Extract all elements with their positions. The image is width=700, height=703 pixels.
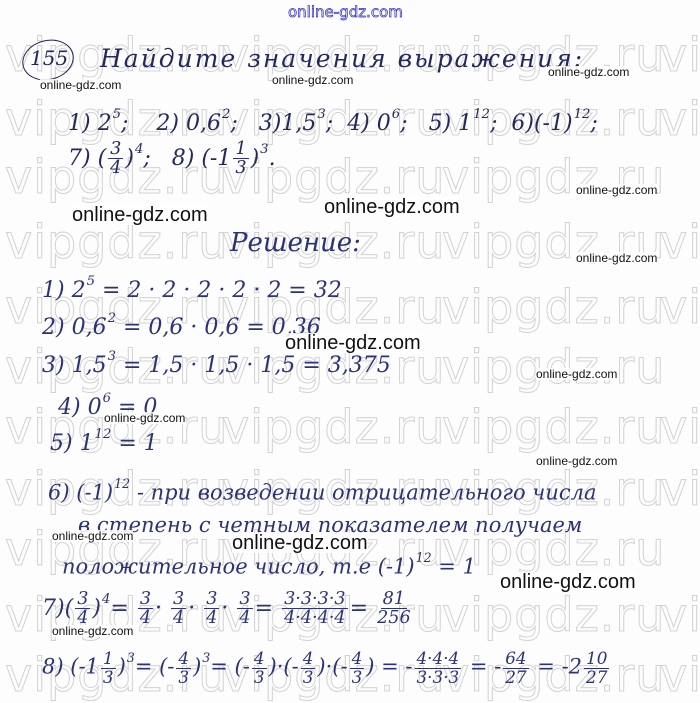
online-gdz-watermark: online-gdz.com: [104, 412, 185, 424]
tasks-row-1: 1) 25; 2) 0,62; 3)1,53; 4) 06; 5) 112; 6…: [68, 108, 598, 135]
solution-line-6: 6) (-1)12 - при возведении отрицательног…: [48, 478, 597, 503]
vipgdz-watermark: vipgdz.ru: [660, 280, 700, 334]
task-6: 6)(-1)12;: [511, 111, 597, 136]
solution-line-7: 7)(34)4= 34· 34· 34· 34= 3·3·3·34·4·4·4=…: [42, 590, 413, 628]
online-gdz-watermark: online-gdz.com: [324, 197, 460, 217]
vipgdz-watermark: vipgdz.ru: [660, 92, 700, 146]
homework-page: vipgdz.ru vipgdz.ru vipgdz.ru vipgdz.ru …: [0, 0, 700, 703]
vipgdz-watermark: vipgdz.ru: [660, 215, 700, 269]
vipgdz-watermark: vipgdz.ru: [660, 588, 700, 642]
online-gdz-watermark: online-gdz.com: [52, 530, 133, 542]
online-gdz-watermark: online-gdz.com: [576, 184, 657, 196]
online-gdz-watermark: online-gdz.com: [272, 74, 353, 86]
vipgdz-watermark: vipgdz.ru: [222, 400, 445, 454]
online-gdz-watermark: online-gdz.com: [536, 368, 617, 380]
vipgdz-watermark: vipgdz.ru: [660, 28, 700, 82]
solution-line-3: 3) 1,53 = 1,5 · 1,5 · 1,5 = 3,375: [42, 350, 391, 377]
tasks-row-2: 7) (34)4; 8) (-113)3.: [68, 140, 276, 178]
vipgdz-watermark: vipgdz.ru: [442, 400, 665, 454]
task-2: 2) 0,62;: [156, 111, 237, 136]
solution-line-2: 2) 0,62 = 0,6 · 0,6 = 0,36: [42, 312, 321, 339]
online-gdz-watermark: online-gdz.com: [576, 252, 657, 264]
solution-line-5: 5) 112 = 1: [50, 428, 158, 455]
problem-heading: Найдите значения выражения:: [100, 46, 584, 71]
online-gdz-watermark: online-gdz.com: [548, 66, 629, 78]
solution-heading: Решение:: [230, 230, 361, 256]
online-gdz-watermark: online-gdz.com: [52, 625, 133, 637]
online-gdz-watermark: online-gdz.com: [40, 79, 121, 91]
online-gdz-watermark: online-gdz.com: [232, 533, 368, 553]
solution-line-8: 8) (-113)3= (-43)3= (-43)·(-43)·(-43) = …: [42, 650, 611, 686]
vipgdz-watermark: vipgdz.ru: [660, 462, 700, 516]
vipgdz-watermark: vipgdz.ru: [660, 400, 700, 454]
online-gdz-watermark: online-gdz.com: [500, 572, 636, 592]
task-3: 3)1,53;: [259, 111, 333, 136]
task-5: 5) 112;: [429, 111, 498, 136]
solution-line-6-cont-2: положительное число, т.е (-1)12 = 1: [62, 552, 476, 577]
vipgdz-watermark: vipgdz.ru: [442, 280, 665, 334]
task-1: 1) 25;: [68, 111, 128, 136]
online-gdz-watermark: online-gdz.com: [72, 205, 208, 225]
site-header-watermark: online-gdz.com: [288, 3, 403, 21]
problem-number: 155: [30, 48, 68, 68]
online-gdz-watermark: online-gdz.com: [285, 333, 421, 353]
task-8: 8) (-113)3.: [172, 146, 276, 171]
vipgdz-watermark: vipgdz.ru: [660, 648, 700, 702]
task-4: 4) 06;: [347, 111, 407, 136]
task-7: 7) (34)4;: [68, 146, 151, 171]
online-gdz-watermark: online-gdz.com: [536, 455, 617, 467]
vipgdz-watermark: vipgdz.ru: [442, 588, 665, 642]
solution-line-1: 1) 25 = 2 · 2 · 2 · 2 · 2 = 32: [42, 275, 342, 302]
